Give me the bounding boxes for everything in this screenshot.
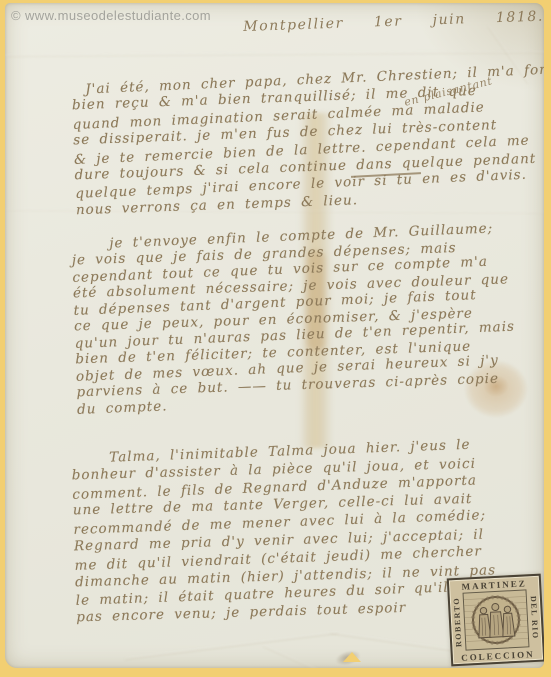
letter-paper: © www.museodelestudiante.com Montpellier… xyxy=(5,3,544,668)
paragraph-3: Talma, l'inimitable Talma joua hier. j'e… xyxy=(71,436,509,627)
crease-line xyxy=(263,645,337,668)
crease-line xyxy=(125,632,339,660)
paragraph-2: je t'envoye enfin le compte de Mr. Guill… xyxy=(71,221,518,418)
watermark: © www.museodelestudiante.com xyxy=(11,8,211,23)
collection-stamp: MARTINEZ ROBERTO xyxy=(447,574,544,667)
stamp-engraving xyxy=(463,589,530,650)
scanned-letter: © www.museodelestudiante.com Montpellier… xyxy=(0,0,551,677)
paper-tear-notch xyxy=(343,652,361,662)
stamp-figures-icon xyxy=(464,590,529,649)
stamp-text-right: DEL RIO xyxy=(526,589,542,648)
